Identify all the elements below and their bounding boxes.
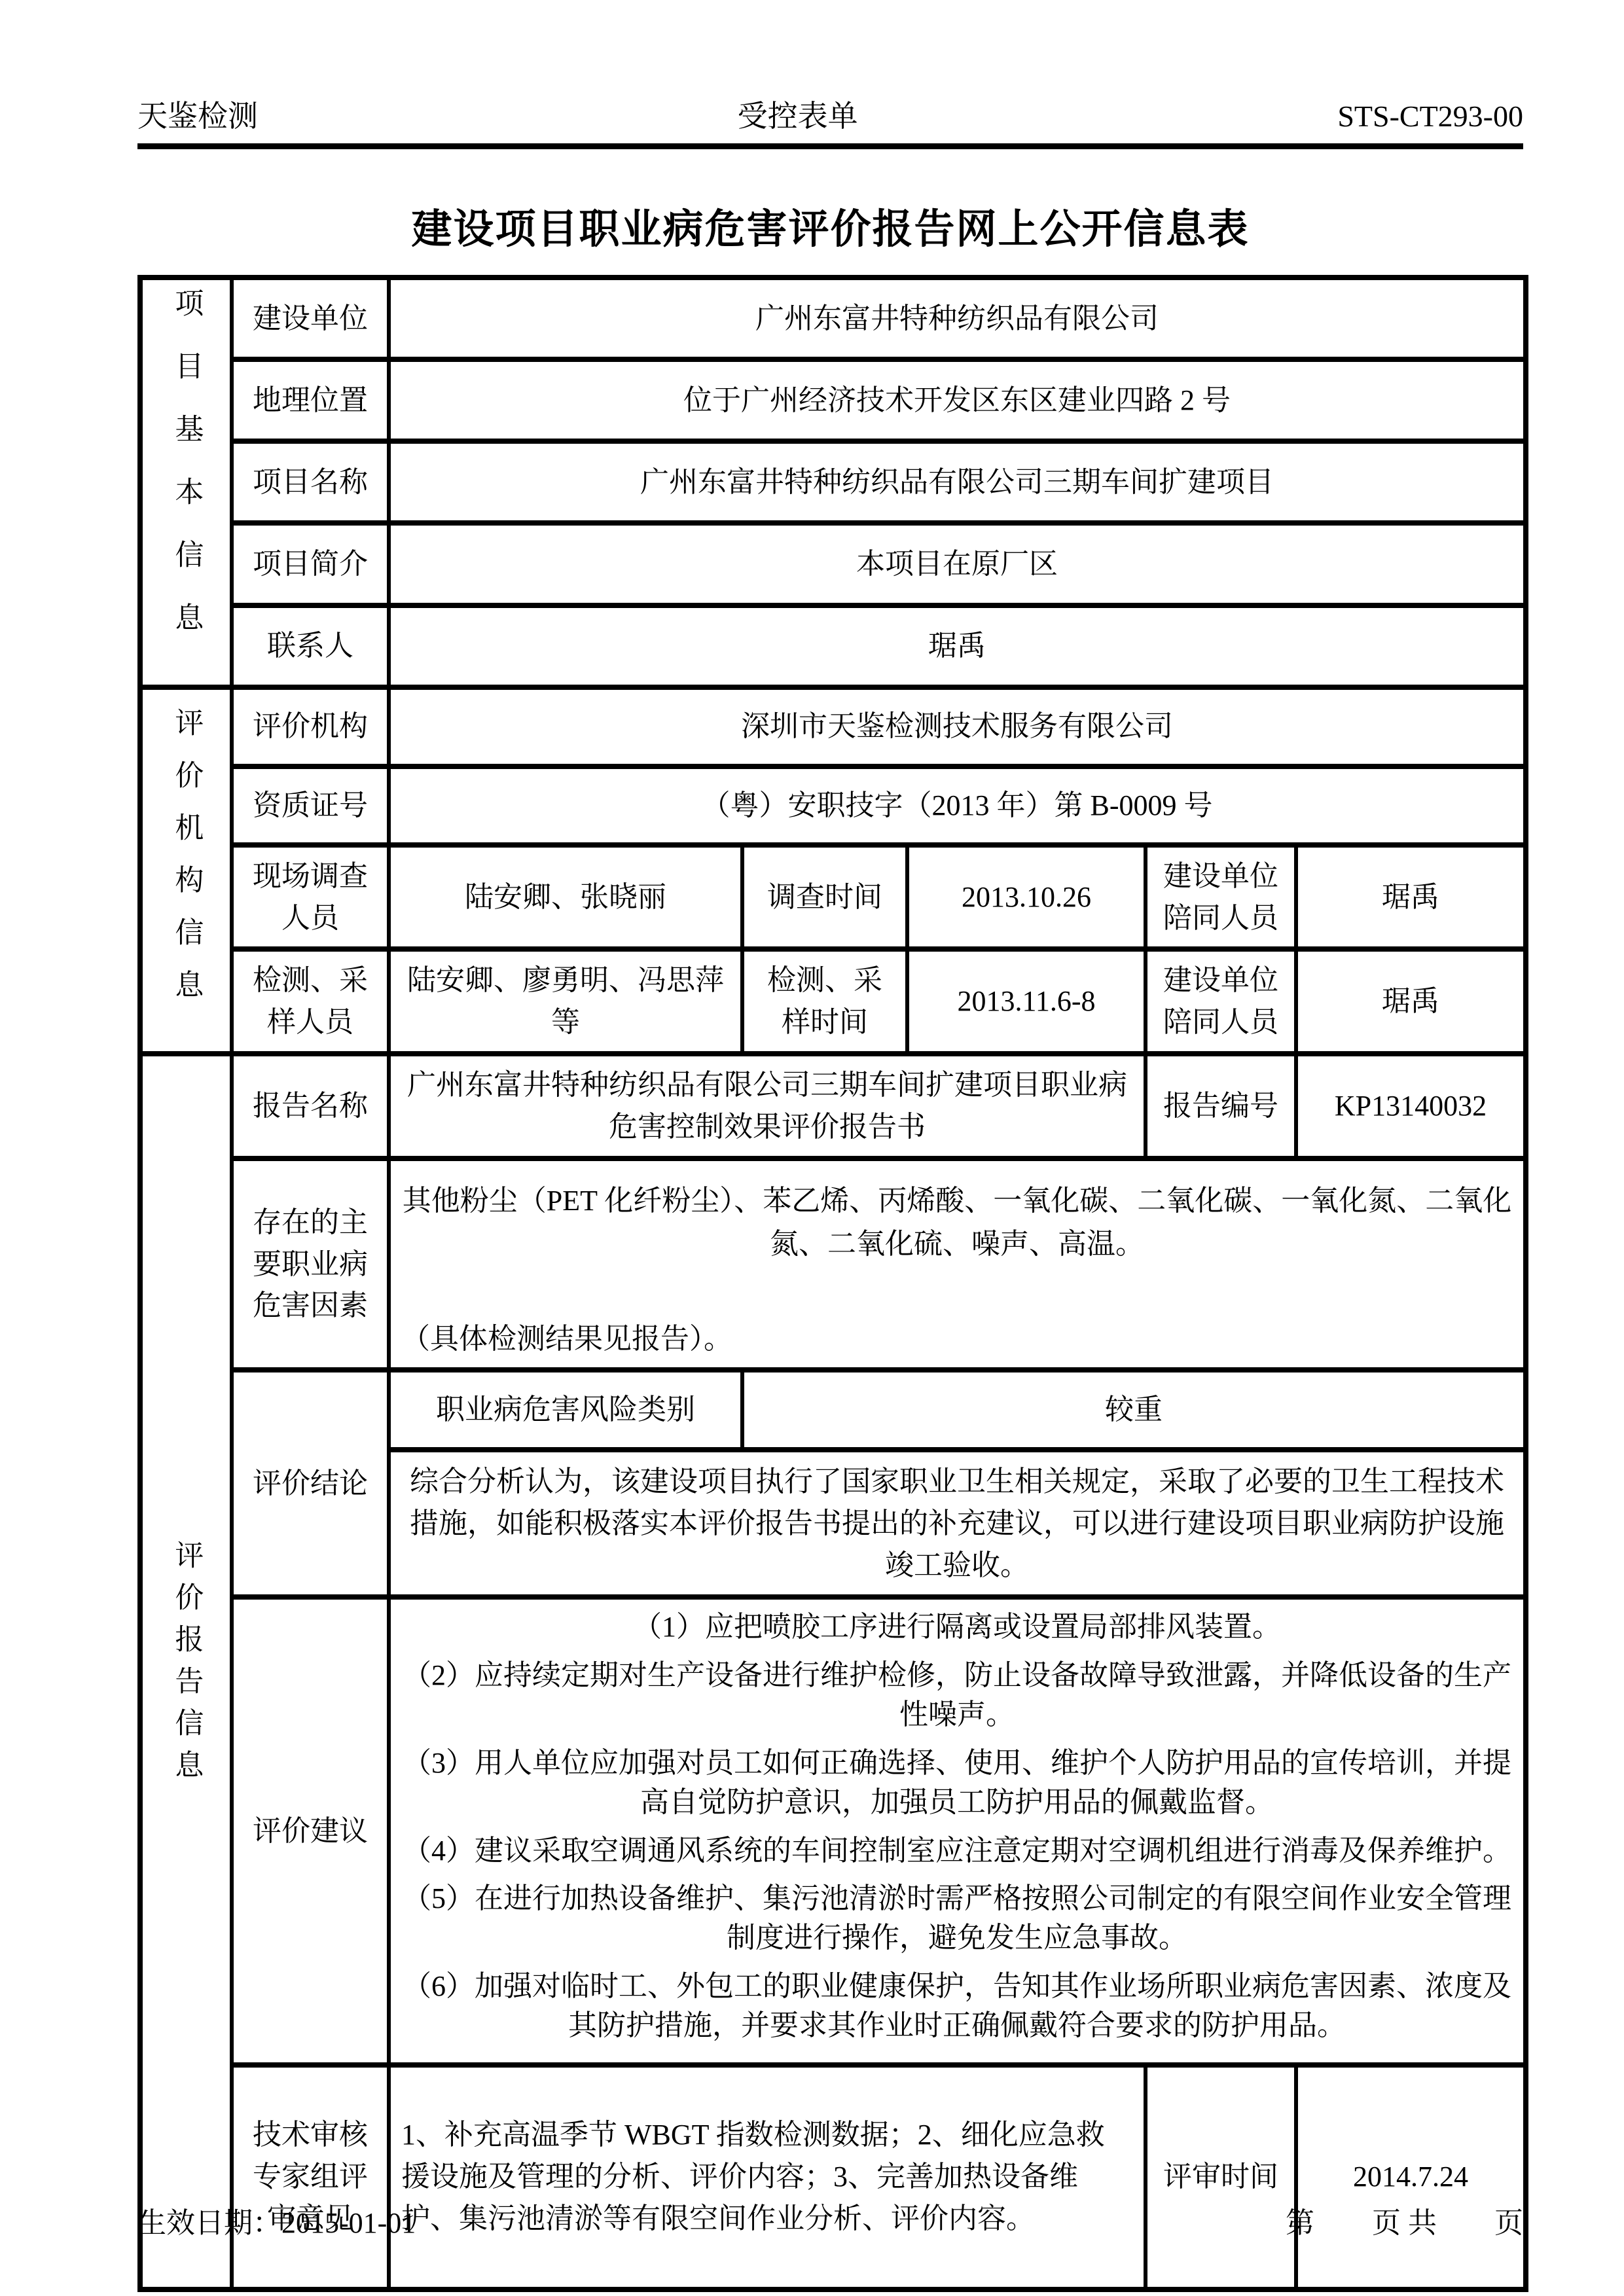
- value-report-no: KP13140032: [1296, 1054, 1526, 1158]
- header-doc-type: 受控表单: [738, 98, 858, 134]
- value-construction-unit: 广州东富井特种纺织品有限公司: [389, 278, 1526, 359]
- page-footer: 生效日期：2015-01-01 第 页 共 页: [137, 2199, 1523, 2241]
- value-location: 位于广州经济技术开发区东区建业四路 2 号: [389, 359, 1526, 441]
- value-project-intro: 本项目在原厂区: [389, 523, 1526, 605]
- row-label-sampling-escort: 建设单位陪同人员: [1146, 949, 1296, 1054]
- suggestion-item: （5）在进行加热设备维护、集污池清淤时需严格按照公司制定的有限空间作业安全管理制…: [401, 1879, 1513, 1958]
- row-label-location: 地理位置: [232, 359, 389, 441]
- row-label-qualification: 资质证号: [232, 766, 389, 845]
- row-label-survey-staff: 现场调查人员: [232, 845, 389, 950]
- value-sampling-time: 2013.11.6-8: [907, 949, 1146, 1054]
- value-qualification: （粤）安职技字（2013 年）第 B-0009 号: [389, 766, 1526, 845]
- row-label-risk-category: 职业病危害风险类别: [389, 1370, 742, 1450]
- effective-date: 生效日期：2015-01-01: [137, 2199, 416, 2241]
- info-table: 项目基本信息 建设单位 广州东富井特种纺织品有限公司 地理位置 位于广州经济技术…: [137, 275, 1528, 2292]
- row-label-review-time: 评审时间: [1146, 2065, 1296, 2289]
- value-survey-escort: 琚禹: [1296, 845, 1526, 950]
- section-label-report-text: 评价报告信息: [166, 1540, 208, 1791]
- row-label-agency: 评价机构: [232, 687, 389, 766]
- table-row: 评价结论 职业病危害风险类别 较重: [140, 1370, 1526, 1450]
- hazards-list: 其他粉尘（PET 化纤粉尘）、苯乙烯、丙烯酸、一氧化碳、二氧化碳、一氧化氮、二氧…: [401, 1179, 1513, 1266]
- table-row: 项目基本信息 建设单位 广州东富井特种纺织品有限公司: [140, 278, 1526, 359]
- value-hazards: 其他粉尘（PET 化纤粉尘）、苯乙烯、丙烯酸、一氧化碳、二氧化碳、一氧化氮、二氧…: [389, 1158, 1526, 1371]
- row-label-sampling-time: 检测、采样时间: [742, 949, 907, 1054]
- row-label-suggestions: 评价建议: [232, 1597, 389, 2064]
- header-brand: 天鉴检测: [137, 98, 258, 134]
- section-label-basic-text: 项目基本信息: [166, 288, 208, 665]
- table-row: 联系人 琚禹: [140, 605, 1526, 687]
- value-risk-category: 较重: [742, 1370, 1526, 1450]
- row-label-survey-time: 调查时间: [742, 845, 907, 950]
- table-row: 检测、采样人员 陆安卿、廖勇明、冯思萍等 检测、采样时间 2013.11.6-8…: [140, 949, 1526, 1054]
- row-label-contact: 联系人: [232, 605, 389, 687]
- table-row: 项目名称 广州东富井特种纺织品有限公司三期车间扩建项目: [140, 441, 1526, 523]
- value-project-name: 广州东富井特种纺织品有限公司三期车间扩建项目: [389, 441, 1526, 523]
- table-row: 评价建议 （1）应把喷胶工序进行隔离或设置局部排风装置。 （2）应持续定期对生产…: [140, 1597, 1526, 2064]
- section-label-basic: 项目基本信息: [140, 278, 232, 687]
- page-title: 建设项目职业病危害评价报告网上公开信息表: [137, 196, 1523, 255]
- row-label-project-name: 项目名称: [232, 441, 389, 523]
- table-row: 地理位置 位于广州经济技术开发区东区建业四路 2 号: [140, 359, 1526, 441]
- section-label-agency-text: 评价机构信息: [166, 708, 208, 1022]
- section-label-agency: 评价机构信息: [140, 687, 232, 1054]
- row-label-hazards: 存在的主要职业病危害因素: [232, 1158, 389, 1371]
- value-contact: 琚禹: [389, 605, 1526, 687]
- table-row: 技术审核专家组评审意见 1、补充高温季节 WBGT 指数检测数据；2、细化应急救…: [140, 2065, 1526, 2289]
- document-page: 天鉴检测 受控表单 STS-CT293-00 建设项目职业病危害评价报告网上公开…: [0, 0, 1624, 2296]
- hazards-note: （具体检测结果见报告）。: [401, 1318, 1513, 1360]
- page-header: 天鉴检测 受控表单 STS-CT293-00: [137, 98, 1523, 134]
- page-number-placeholder: 第 页 共 页: [1286, 2199, 1523, 2241]
- table-row: 评价报告信息 报告名称 广州东富井特种纺织品有限公司三期车间扩建项目职业病危害控…: [140, 1054, 1526, 1158]
- value-sampling-staff: 陆安卿、廖勇明、冯思萍等: [389, 949, 742, 1054]
- value-survey-time: 2013.10.26: [907, 845, 1146, 950]
- row-label-construction-unit: 建设单位: [232, 278, 389, 359]
- suggestion-item: （2）应持续定期对生产设备进行维护检修，防止设备故障导致泄露，并降低设备的生产性…: [401, 1656, 1513, 1734]
- table-row: 项目简介 本项目在原厂区: [140, 523, 1526, 605]
- row-label-report-no: 报告编号: [1146, 1054, 1296, 1158]
- value-expert-review: 1、补充高温季节 WBGT 指数检测数据；2、细化应急救援设施及管理的分析、评价…: [389, 2065, 1146, 2289]
- row-label-expert-review: 技术审核专家组评审意见: [232, 2065, 389, 2289]
- suggestion-item: （3）用人单位应加强对员工如何正确选择、使用、维护个人防护用品的宣传培训，并提高…: [401, 1744, 1513, 1822]
- value-conclusion-text: 综合分析认为，该建设项目执行了国家职业卫生相关规定，采取了必要的卫生工程技术措施…: [389, 1450, 1526, 1597]
- value-agency: 深圳市天鉴检测技术服务有限公司: [389, 687, 1526, 766]
- suggestion-item: （6）加强对临时工、外包工的职业健康保护，告知其作业场所职业病危害因素、浓度及其…: [401, 1967, 1513, 2045]
- value-report-name: 广州东富井特种纺织品有限公司三期车间扩建项目职业病危害控制效果评价报告书: [389, 1054, 1146, 1158]
- header-rule: [137, 143, 1523, 149]
- row-label-project-intro: 项目简介: [232, 523, 389, 605]
- value-suggestions: （1）应把喷胶工序进行隔离或设置局部排风装置。 （2）应持续定期对生产设备进行维…: [389, 1597, 1526, 2064]
- value-survey-staff: 陆安卿、张晓丽: [389, 845, 742, 950]
- row-label-conclusion: 评价结论: [232, 1370, 389, 1597]
- row-label-report-name: 报告名称: [232, 1054, 389, 1158]
- value-sampling-escort: 琚禹: [1296, 949, 1526, 1054]
- table-row: 资质证号 （粤）安职技字（2013 年）第 B-0009 号: [140, 766, 1526, 845]
- suggestion-item: （1）应把喷胶工序进行隔离或设置局部排风装置。: [401, 1607, 1513, 1647]
- row-label-survey-escort: 建设单位陪同人员: [1146, 845, 1296, 950]
- header-doc-code: STS-CT293-00: [1337, 98, 1523, 134]
- row-label-sampling-staff: 检测、采样人员: [232, 949, 389, 1054]
- value-review-time: 2014.7.24: [1296, 2065, 1526, 2289]
- table-row: 评价机构信息 评价机构 深圳市天鉴检测技术服务有限公司: [140, 687, 1526, 766]
- table-row: 现场调查人员 陆安卿、张晓丽 调查时间 2013.10.26 建设单位陪同人员 …: [140, 845, 1526, 950]
- section-label-report: 评价报告信息: [140, 1054, 232, 2289]
- suggestion-item: （4）建议采取空调通风系统的车间控制室应注意定期对空调机组进行消毒及保养维护。: [401, 1831, 1513, 1871]
- table-row: 存在的主要职业病危害因素 其他粉尘（PET 化纤粉尘）、苯乙烯、丙烯酸、一氧化碳…: [140, 1158, 1526, 1371]
